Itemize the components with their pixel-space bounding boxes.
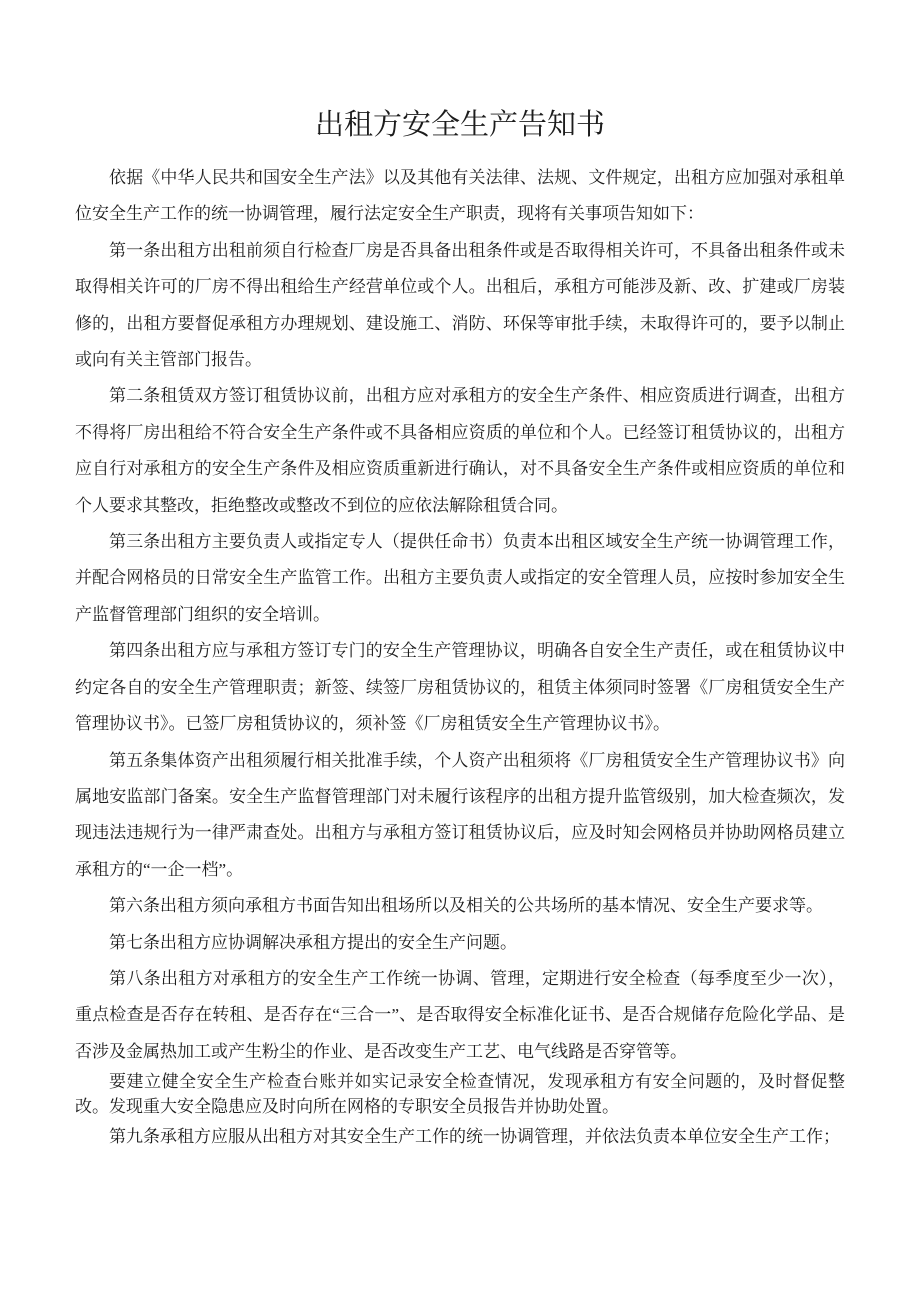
paragraph-article-1: 第一条出租方出租前须自行检查厂房是否具备出租条件或是否取得相关许可，不具备出租条… xyxy=(75,233,845,379)
paragraph-article-5: 第五条集体资产出租须履行相关批准手续，个人资产出租须将《厂房租赁安全生产管理协议… xyxy=(75,743,845,889)
paragraph-article-4: 第四条出租方应与承租方签订专门的安全生产管理协议，明确各自安全生产责任，或在租赁… xyxy=(75,633,845,742)
paragraph-article-3: 第三条出租方主要负责人或指定专人（提供任命书）负责本出租区域安全生产统一协调管理… xyxy=(75,524,845,633)
paragraph-article-2: 第二条租赁双方签订租赁协议前，出租方应对承租方的安全生产条件、相应资质进行调查，… xyxy=(75,378,845,524)
document-page: 出租方安全生产告知书 依据《中华人民共和国安全生产法》以及其他有关法律、法规、文… xyxy=(0,0,920,1301)
document-title: 出租方安全生产告知书 xyxy=(75,104,845,146)
paragraph-article-9: 第九条承租方应服从出租方对其安全生产工作的统一协调管理，并依法负责本单位安全生产… xyxy=(75,1119,845,1155)
paragraph-article-6: 第六条出租方须向承租方书面告知出租场所以及相关的公共场所的基本情况、安全生产要求… xyxy=(75,888,845,924)
paragraph-article-8-note: 要建立健全安全生产检查台账并如实记录安全检查情况，发现承租方有安全问题的，及时督… xyxy=(75,1070,845,1119)
paragraph-article-7: 第七条出租方应协调解决承租方提出的安全生产问题。 xyxy=(75,925,845,961)
paragraph-article-8: 第八条出租方对承租方的安全生产工作统一协调、管理，定期进行安全检查（每季度至少一… xyxy=(75,961,845,1070)
document-body: 依据《中华人民共和国安全生产法》以及其他有关法律、法规、文件规定，出租方应加强对… xyxy=(75,160,845,1155)
paragraph-intro: 依据《中华人民共和国安全生产法》以及其他有关法律、法规、文件规定，出租方应加强对… xyxy=(75,160,845,233)
